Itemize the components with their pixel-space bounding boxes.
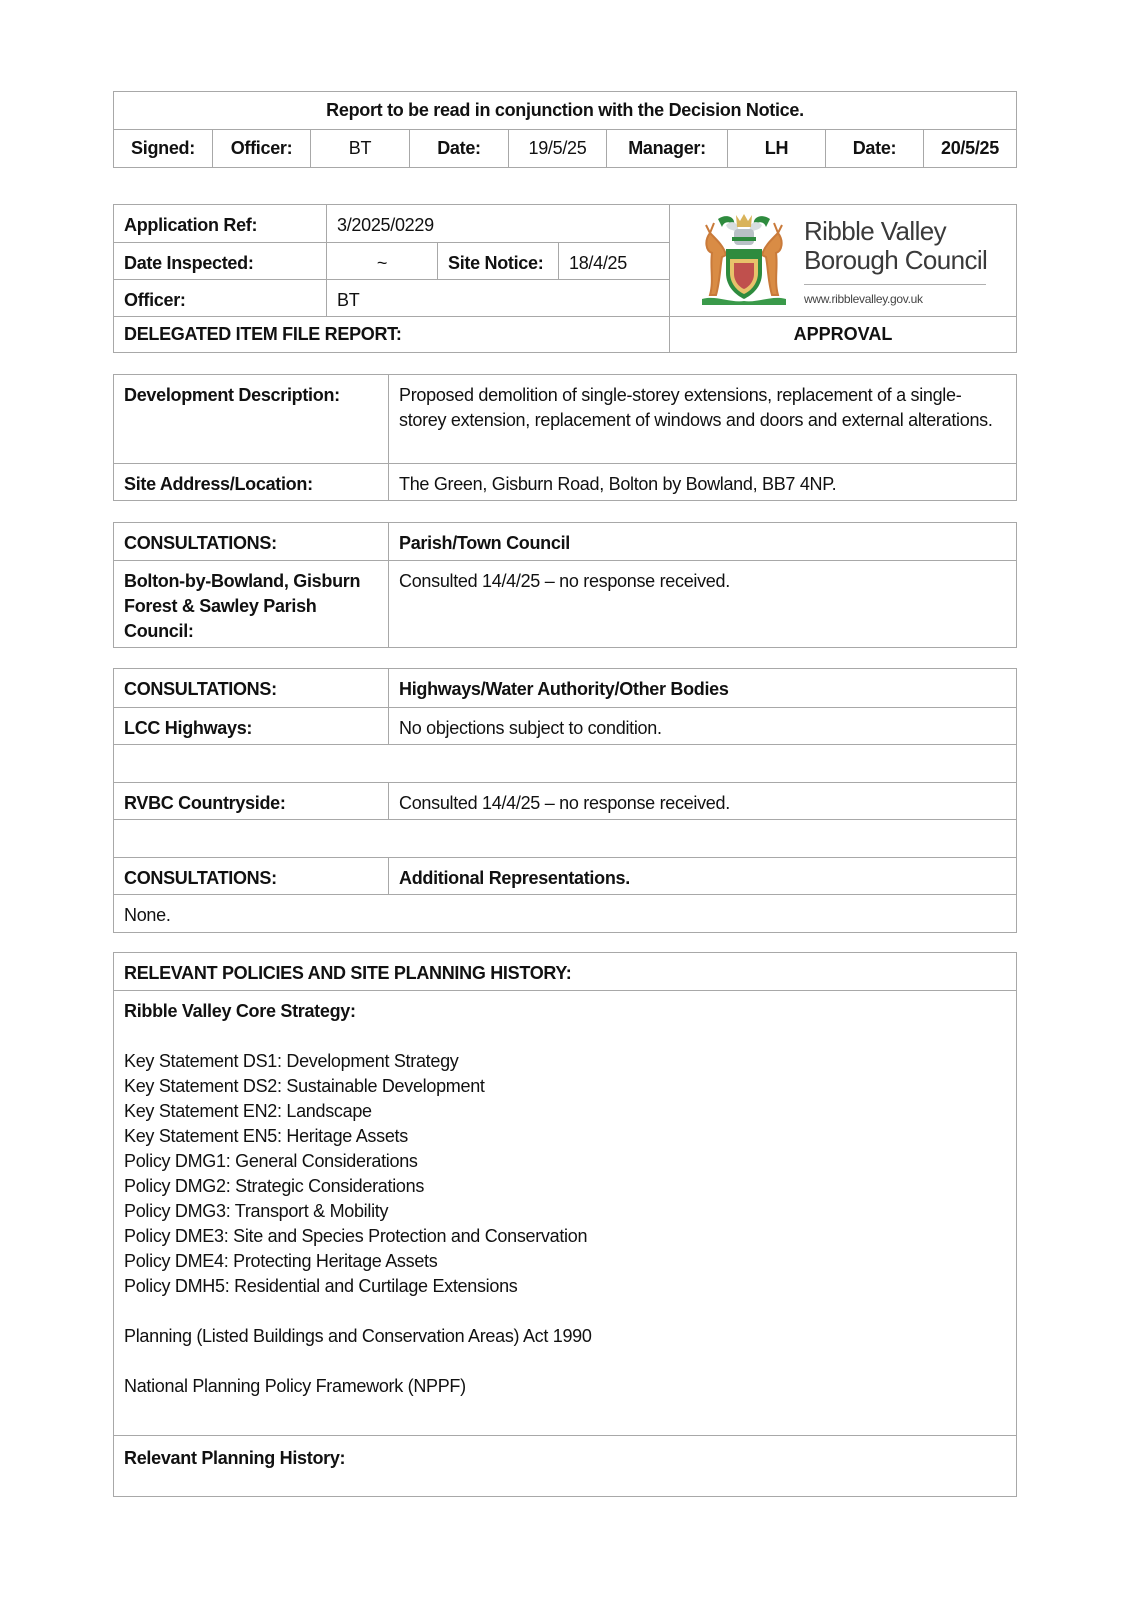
officer-date: 19/5/25 xyxy=(508,130,606,167)
policies-table: RELEVANT POLICIES AND SITE PLANNING HIST… xyxy=(113,952,1017,1497)
policies-header: RELEVANT POLICIES AND SITE PLANNING HIST… xyxy=(114,953,1016,990)
brand-divider xyxy=(804,284,986,285)
address-label: Site Address/Location: xyxy=(114,464,388,500)
site-notice-value: 18/4/25 xyxy=(558,243,669,279)
signoff-notice-row: Report to be read in conjunction with th… xyxy=(114,92,1016,129)
application-table: Application Ref: 3/2025/0229 Date Inspec… xyxy=(113,204,1017,353)
manager-label: Manager: xyxy=(606,130,727,167)
manager-initials: LH xyxy=(727,130,825,167)
other-header-row: CONSULTATIONS: Highways/Water Authority/… xyxy=(114,669,1016,707)
description-value: Proposed demolition of single-storey ext… xyxy=(388,375,1016,463)
policy-list: Key Statement DS1: Development Strategy … xyxy=(124,1049,1006,1299)
consultee-row: LCC Highways: No objections subject to c… xyxy=(114,707,1016,745)
description-row: Development Description: Proposed demoli… xyxy=(114,375,1016,463)
policy-item: Policy DME3: Site and Species Protection… xyxy=(124,1224,1006,1249)
signoff-table: Report to be read in conjunction with th… xyxy=(113,91,1017,168)
officer-label: Officer: xyxy=(212,130,310,167)
address-value: The Green, Gisburn Road, Bolton by Bowla… xyxy=(388,464,1016,500)
officer-date-label: Date: xyxy=(409,130,508,167)
planning-history-row: Relevant Planning History: xyxy=(114,1435,1016,1496)
planning-history-title: Relevant Planning History: xyxy=(114,1436,1016,1496)
policies-body-row: Ribble Valley Core Strategy: Key Stateme… xyxy=(114,990,1016,1435)
policy-item: Key Statement DS2: Sustainable Developme… xyxy=(124,1074,1006,1099)
additional-header-row: CONSULTATIONS: Additional Representation… xyxy=(114,857,1016,895)
additional-row: None. xyxy=(114,894,1016,932)
consultee-row: RVBC Countryside: Consulted 14/4/25 – no… xyxy=(114,782,1016,820)
additional-header: Additional Representations. xyxy=(388,858,1016,895)
additional-response: None. xyxy=(114,895,1016,932)
policy-item: Policy DMG1: General Considerations xyxy=(124,1149,1006,1174)
policy-item: Key Statement EN2: Landscape xyxy=(124,1099,1006,1124)
consultee-label: RVBC Countryside: xyxy=(114,783,388,820)
signed-label: Signed: xyxy=(114,130,212,167)
policy-item: Policy DMH5: Residential and Curtilage E… xyxy=(124,1274,1006,1299)
parish-header-row: CONSULTATIONS: Parish/Town Council xyxy=(114,523,1016,560)
policy-item: Key Statement EN5: Heritage Assets xyxy=(124,1124,1006,1149)
empty-cell xyxy=(114,745,1016,782)
officer-label: Officer: xyxy=(114,280,326,316)
policy-item: Key Statement DS1: Development Strategy xyxy=(124,1049,1006,1074)
parish-row: Bolton-by-Bowland, Gisburn Forest & Sawl… xyxy=(114,560,1016,647)
consultations-label: CONSULTATIONS: xyxy=(114,858,388,895)
officer-value: BT xyxy=(326,280,669,316)
development-table: Development Description: Proposed demoli… xyxy=(113,374,1017,501)
date-inspected-value: ~ xyxy=(326,243,437,279)
consultations-label: CONSULTATIONS: xyxy=(114,669,388,707)
policy-item: Policy DMG3: Transport & Mobility xyxy=(124,1199,1006,1224)
council-name-line1: Ribble Valley xyxy=(804,217,987,246)
parish-consultee: Bolton-by-Bowland, Gisburn Forest & Sawl… xyxy=(114,561,388,647)
officer-initials: BT xyxy=(310,130,409,167)
manager-date: 20/5/25 xyxy=(923,130,1016,167)
council-logo: Ribble Valley Borough Council www.ribble… xyxy=(669,205,1016,316)
site-notice-label: Site Notice: xyxy=(437,243,558,279)
policies-body: Ribble Valley Core Strategy: Key Stateme… xyxy=(114,991,1016,1435)
core-strategy-title: Ribble Valley Core Strategy: xyxy=(124,999,1006,1024)
address-row: Site Address/Location: The Green, Gisbur… xyxy=(114,463,1016,500)
consultee-label: LCC Highways: xyxy=(114,708,388,745)
parish-header: Parish/Town Council xyxy=(388,523,1016,560)
policy-item: Policy DME4: Protecting Heritage Assets xyxy=(124,1249,1006,1274)
date-inspected-row: Date Inspected: ~ Site Notice: 18/4/25 xyxy=(114,242,669,279)
decision-notice-text: Report to be read in conjunction with th… xyxy=(114,92,1016,129)
council-crest-icon xyxy=(696,211,792,309)
other-consultations-table: CONSULTATIONS: Highways/Water Authority/… xyxy=(113,668,1017,933)
decision-status: APPROVAL xyxy=(669,316,1016,352)
nppf: National Planning Policy Framework (NPPF… xyxy=(124,1374,1006,1399)
spacer-row xyxy=(114,819,1016,857)
policy-item: Policy DMG2: Strategic Considerations xyxy=(124,1174,1006,1199)
consultations-label: CONSULTATIONS: xyxy=(114,523,388,560)
policies-header-row: RELEVANT POLICIES AND SITE PLANNING HIST… xyxy=(114,953,1016,990)
application-ref-value: 3/2025/0229 xyxy=(326,205,669,242)
application-ref-row: Application Ref: 3/2025/0229 xyxy=(114,205,669,242)
spacer-row xyxy=(114,744,1016,782)
application-details: Application Ref: 3/2025/0229 Date Inspec… xyxy=(114,205,669,316)
consultee-response: Consulted 14/4/25 – no response received… xyxy=(388,783,1016,820)
listed-buildings-act: Planning (Listed Buildings and Conservat… xyxy=(124,1324,1006,1349)
officer-row: Officer: BT xyxy=(114,279,669,316)
other-header: Highways/Water Authority/Other Bodies xyxy=(388,669,1016,707)
consultee-response: No objections subject to condition. xyxy=(388,708,1016,745)
parish-response: Consulted 14/4/25 – no response received… xyxy=(388,561,1016,647)
council-name-line2: Borough Council xyxy=(804,246,987,275)
empty-cell xyxy=(114,820,1016,857)
parish-consultation-table: CONSULTATIONS: Parish/Town Council Bolto… xyxy=(113,522,1017,648)
council-brand: Ribble Valley Borough Council www.ribble… xyxy=(804,217,987,306)
report-type: DELEGATED ITEM FILE REPORT: xyxy=(114,316,669,352)
date-inspected-label: Date Inspected: xyxy=(114,243,326,279)
application-ref-label: Application Ref: xyxy=(114,205,326,242)
description-label: Development Description: xyxy=(114,375,388,463)
manager-date-label: Date: xyxy=(825,130,923,167)
council-website: www.ribblevalley.gov.uk xyxy=(804,292,987,306)
signoff-row: Signed: Officer: BT Date: 19/5/25 Manage… xyxy=(114,129,1016,167)
